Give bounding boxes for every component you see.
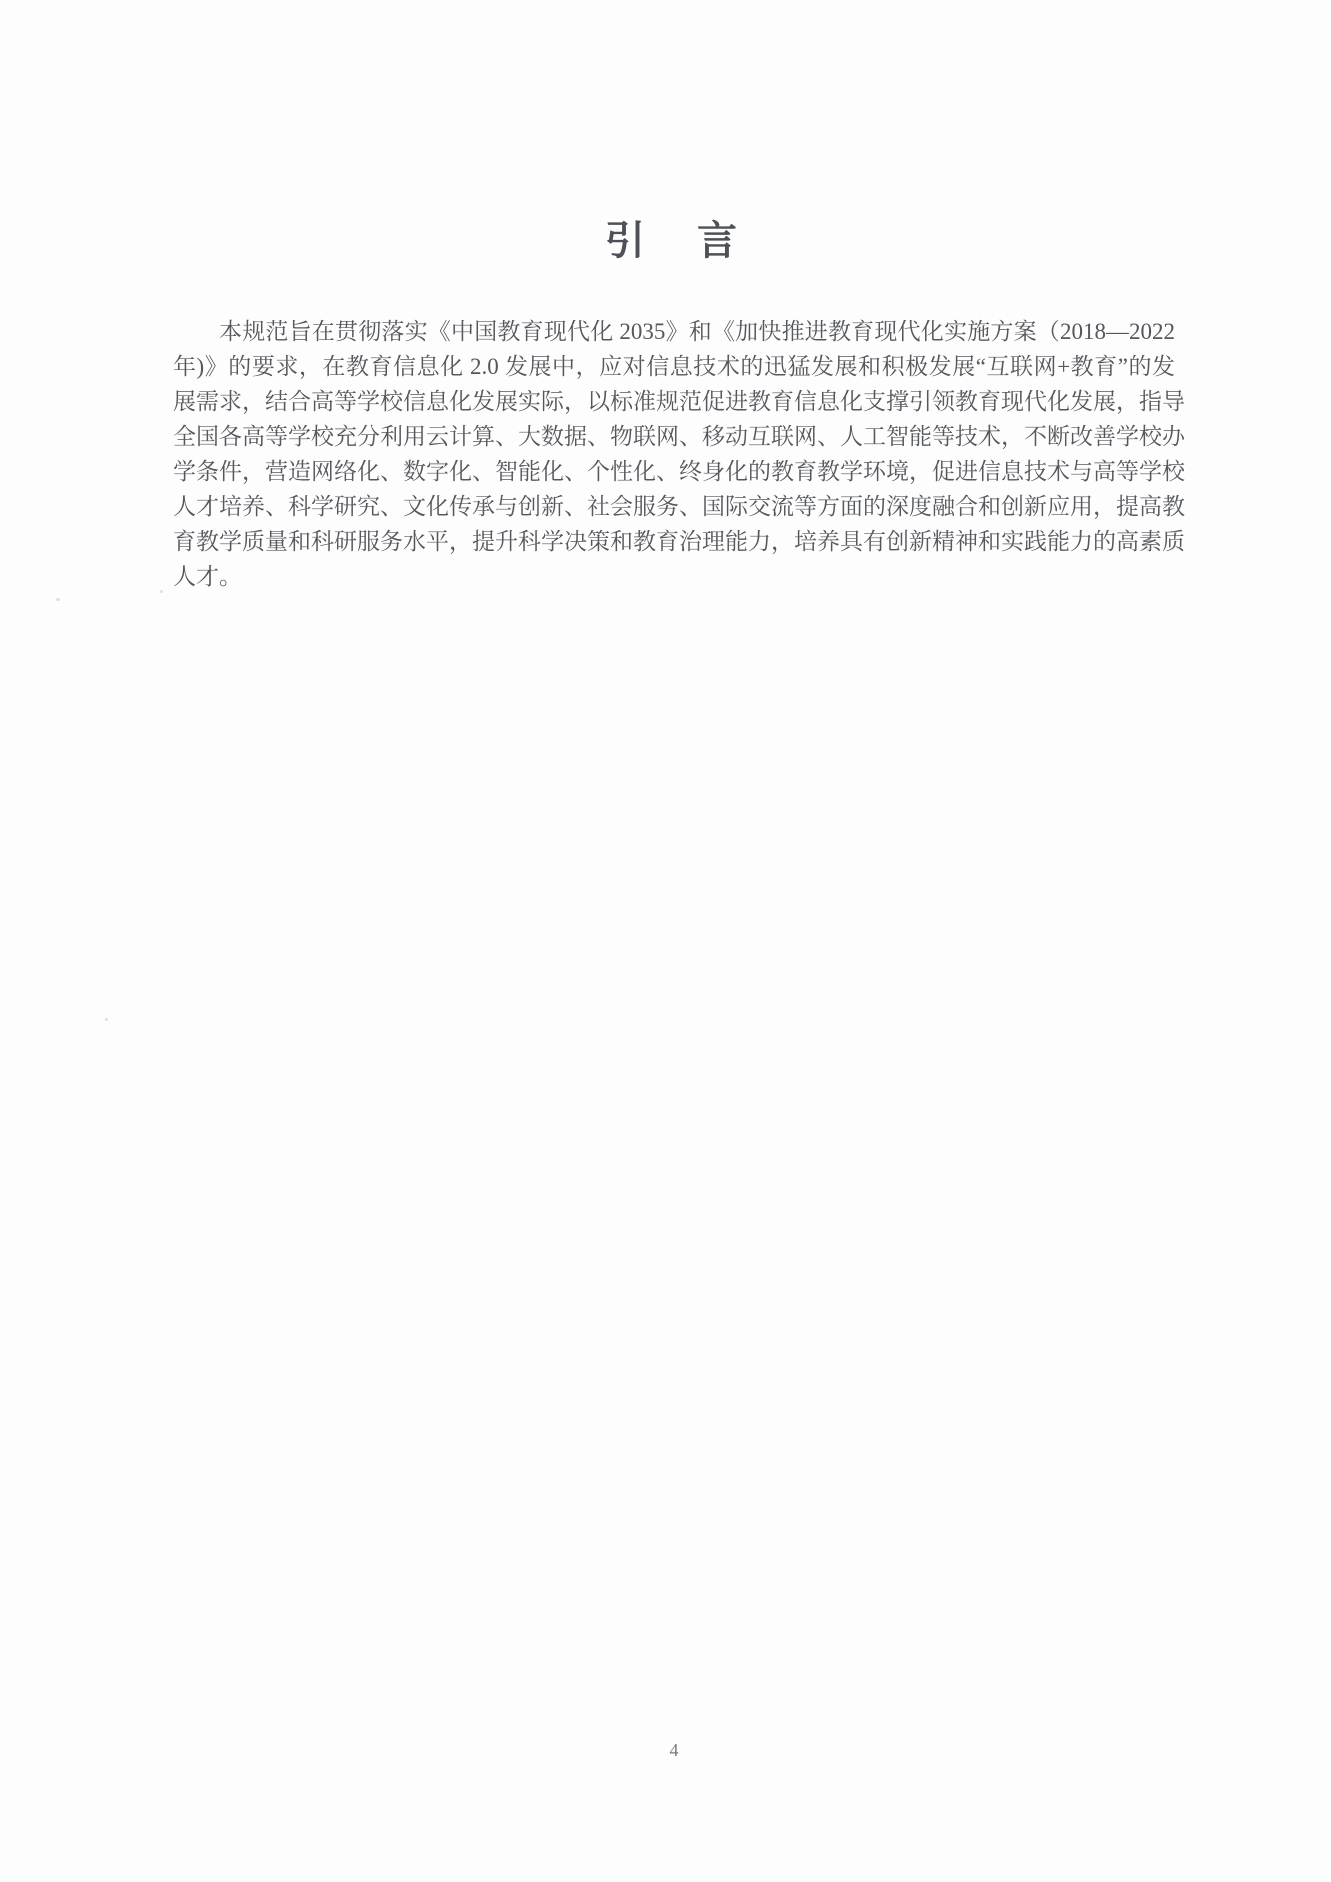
scan-speck xyxy=(160,590,163,593)
scan-speck xyxy=(56,598,60,601)
page-title: 引 言 xyxy=(173,218,1175,264)
paragraph-line: 学条件，营造网络化、数字化、智能化、个性化、终身化的教育教学环境，促进信息技术与… xyxy=(173,454,1175,489)
paragraph-line: 展需求，结合高等学校信息化发展实际，以标准规范促进教育信息化支撑引领教育现代化发… xyxy=(173,384,1175,419)
intro-paragraph: 本规范旨在贯彻落实《中国教育现代化 2035》和《加快推进教育现代化实施方案（2… xyxy=(173,314,1175,594)
paragraph-line: 育教学质量和科研服务水平，提升科学决策和教育治理能力，培养具有创新精神和实践能力… xyxy=(173,524,1175,559)
paragraph-line: 人才培养、科学研究、文化传承与创新、社会服务、国际交流等方面的深度融合和创新应用… xyxy=(173,489,1175,524)
scan-speck xyxy=(105,1018,108,1021)
paragraph-line: 人才。 xyxy=(173,559,1175,594)
paragraph-line: 全国各高等学校充分利用云计算、大数据、物联网、移动互联网、人工智能等技术，不断改… xyxy=(173,419,1175,454)
page-number: 4 xyxy=(670,1740,679,1760)
document-page: 引 言 本规范旨在贯彻落实《中国教育现代化 2035》和《加快推进教育现代化实施… xyxy=(0,0,1331,1882)
page-footer: 4 xyxy=(173,1740,1175,1761)
paragraph-line: 年)》的要求，在教育信息化 2.0 发展中，应对信息技术的迅猛发展和积极发展“互… xyxy=(173,349,1175,384)
paragraph-line: 本规范旨在贯彻落实《中国教育现代化 2035》和《加快推进教育现代化实施方案（2… xyxy=(173,314,1175,349)
